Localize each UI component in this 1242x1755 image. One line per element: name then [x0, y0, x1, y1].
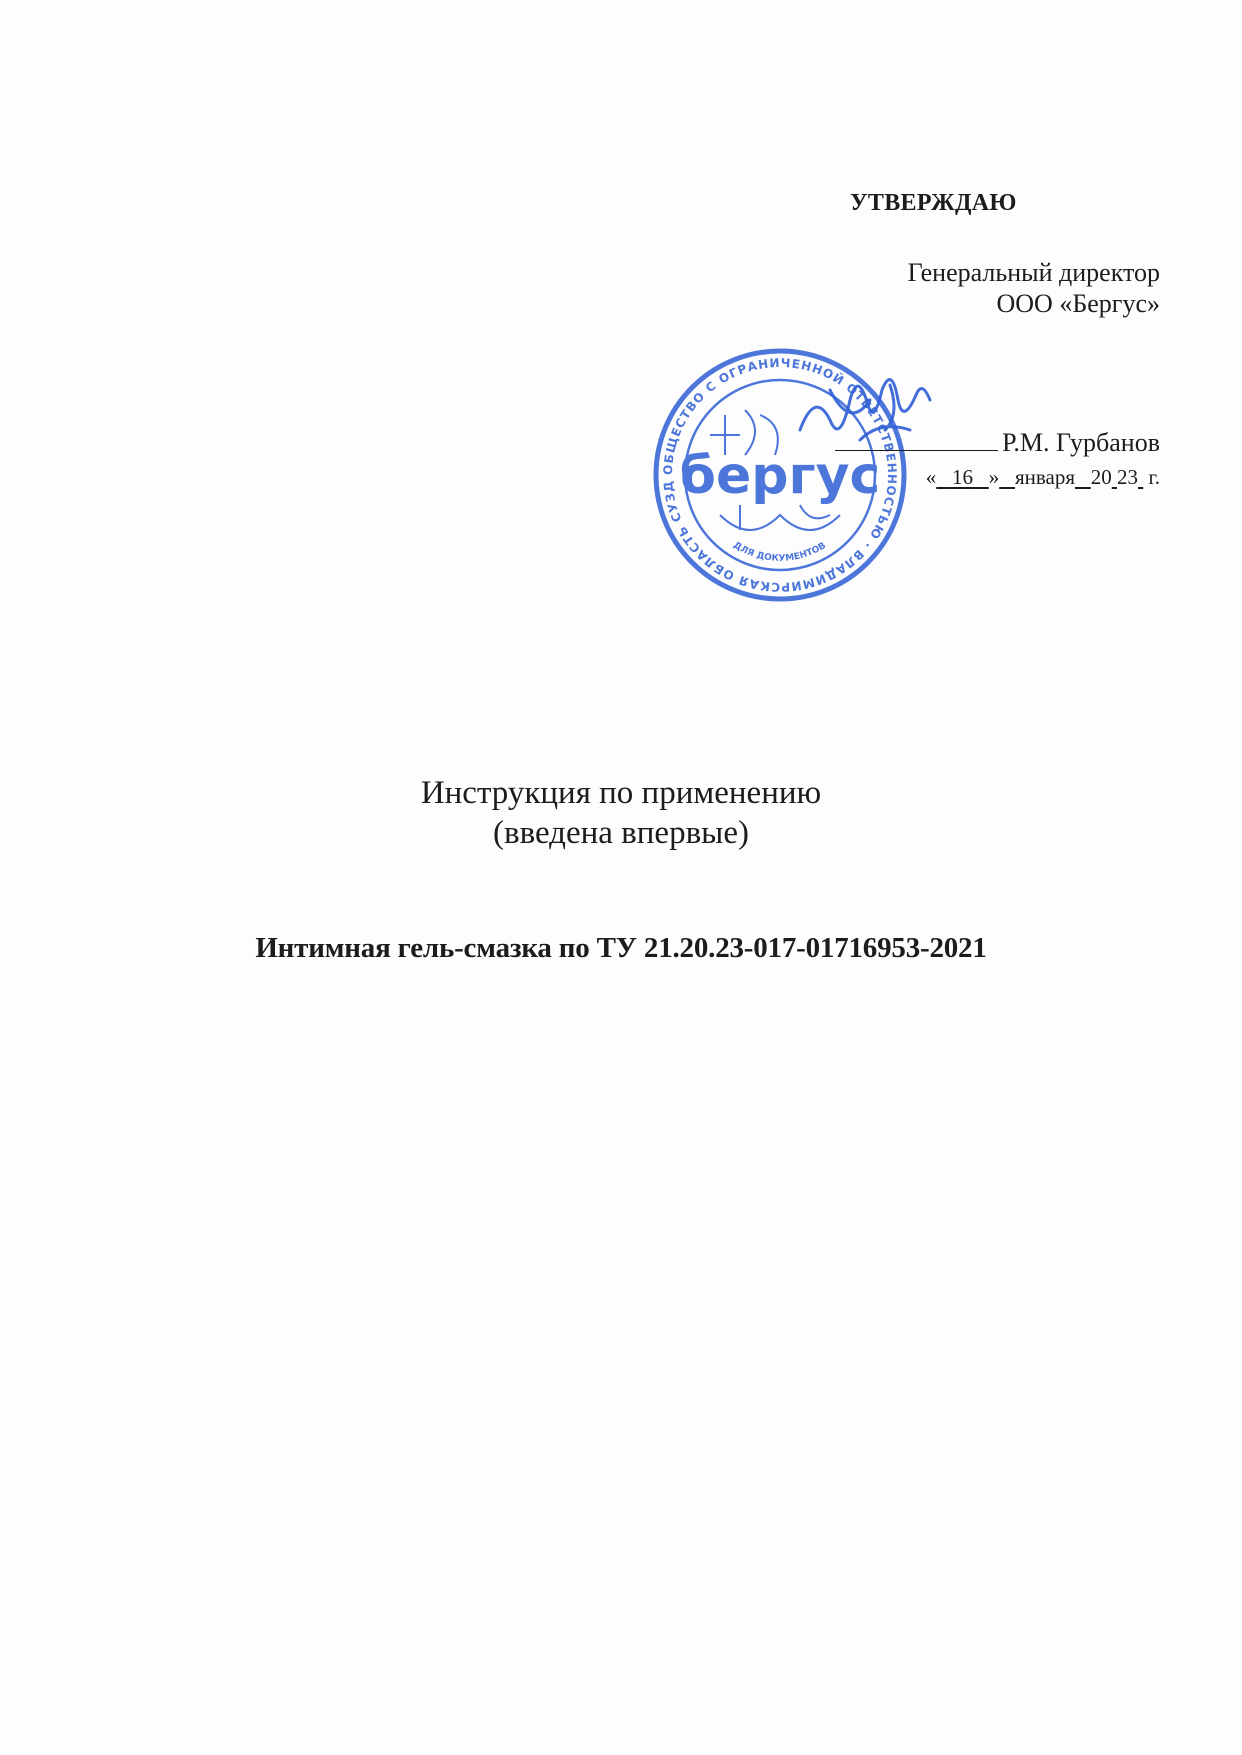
signature-line: Р.М. Гурбанов	[835, 428, 1160, 458]
document-title: Инструкция по применению (введена впервы…	[0, 773, 1242, 853]
signatory-name: Р.М. Гурбанов	[1002, 428, 1160, 457]
document-title-line2: (введена впервые)	[0, 813, 1242, 853]
document-title-line1: Инструкция по применению	[0, 773, 1242, 813]
approval-heading: УТВЕРЖДАЮ	[850, 190, 1017, 217]
date-day: 16	[936, 465, 989, 489]
approval-date: « 16 » января 20 23 г.	[926, 465, 1160, 490]
date-year-suffix: 23	[1117, 465, 1138, 489]
document-page: УТВЕРЖДАЮ Генеральный директор ООО «Берг…	[0, 0, 1242, 1755]
approver-position: Генеральный директор	[908, 257, 1160, 288]
date-open-quote: «	[926, 465, 937, 489]
date-year-unit: г.	[1149, 465, 1161, 489]
approver-position-block: Генеральный директор ООО «Бергус»	[908, 257, 1160, 319]
signature-blank	[835, 428, 998, 451]
svg-text:ДЛЯ ДОКУМЕНТОВ: ДЛЯ ДОКУМЕНТОВ	[731, 540, 828, 563]
product-title: Интимная гель-смазка по ТУ 21.20.23-017-…	[0, 932, 1242, 965]
date-month: января	[1015, 465, 1075, 489]
date-year-prefix: 20	[1091, 465, 1112, 489]
approver-organization: ООО «Бергус»	[908, 288, 1160, 319]
stamp-bottom-text: ДЛЯ ДОКУМЕНТОВ	[731, 540, 828, 563]
date-close-quote: »	[989, 465, 1000, 489]
